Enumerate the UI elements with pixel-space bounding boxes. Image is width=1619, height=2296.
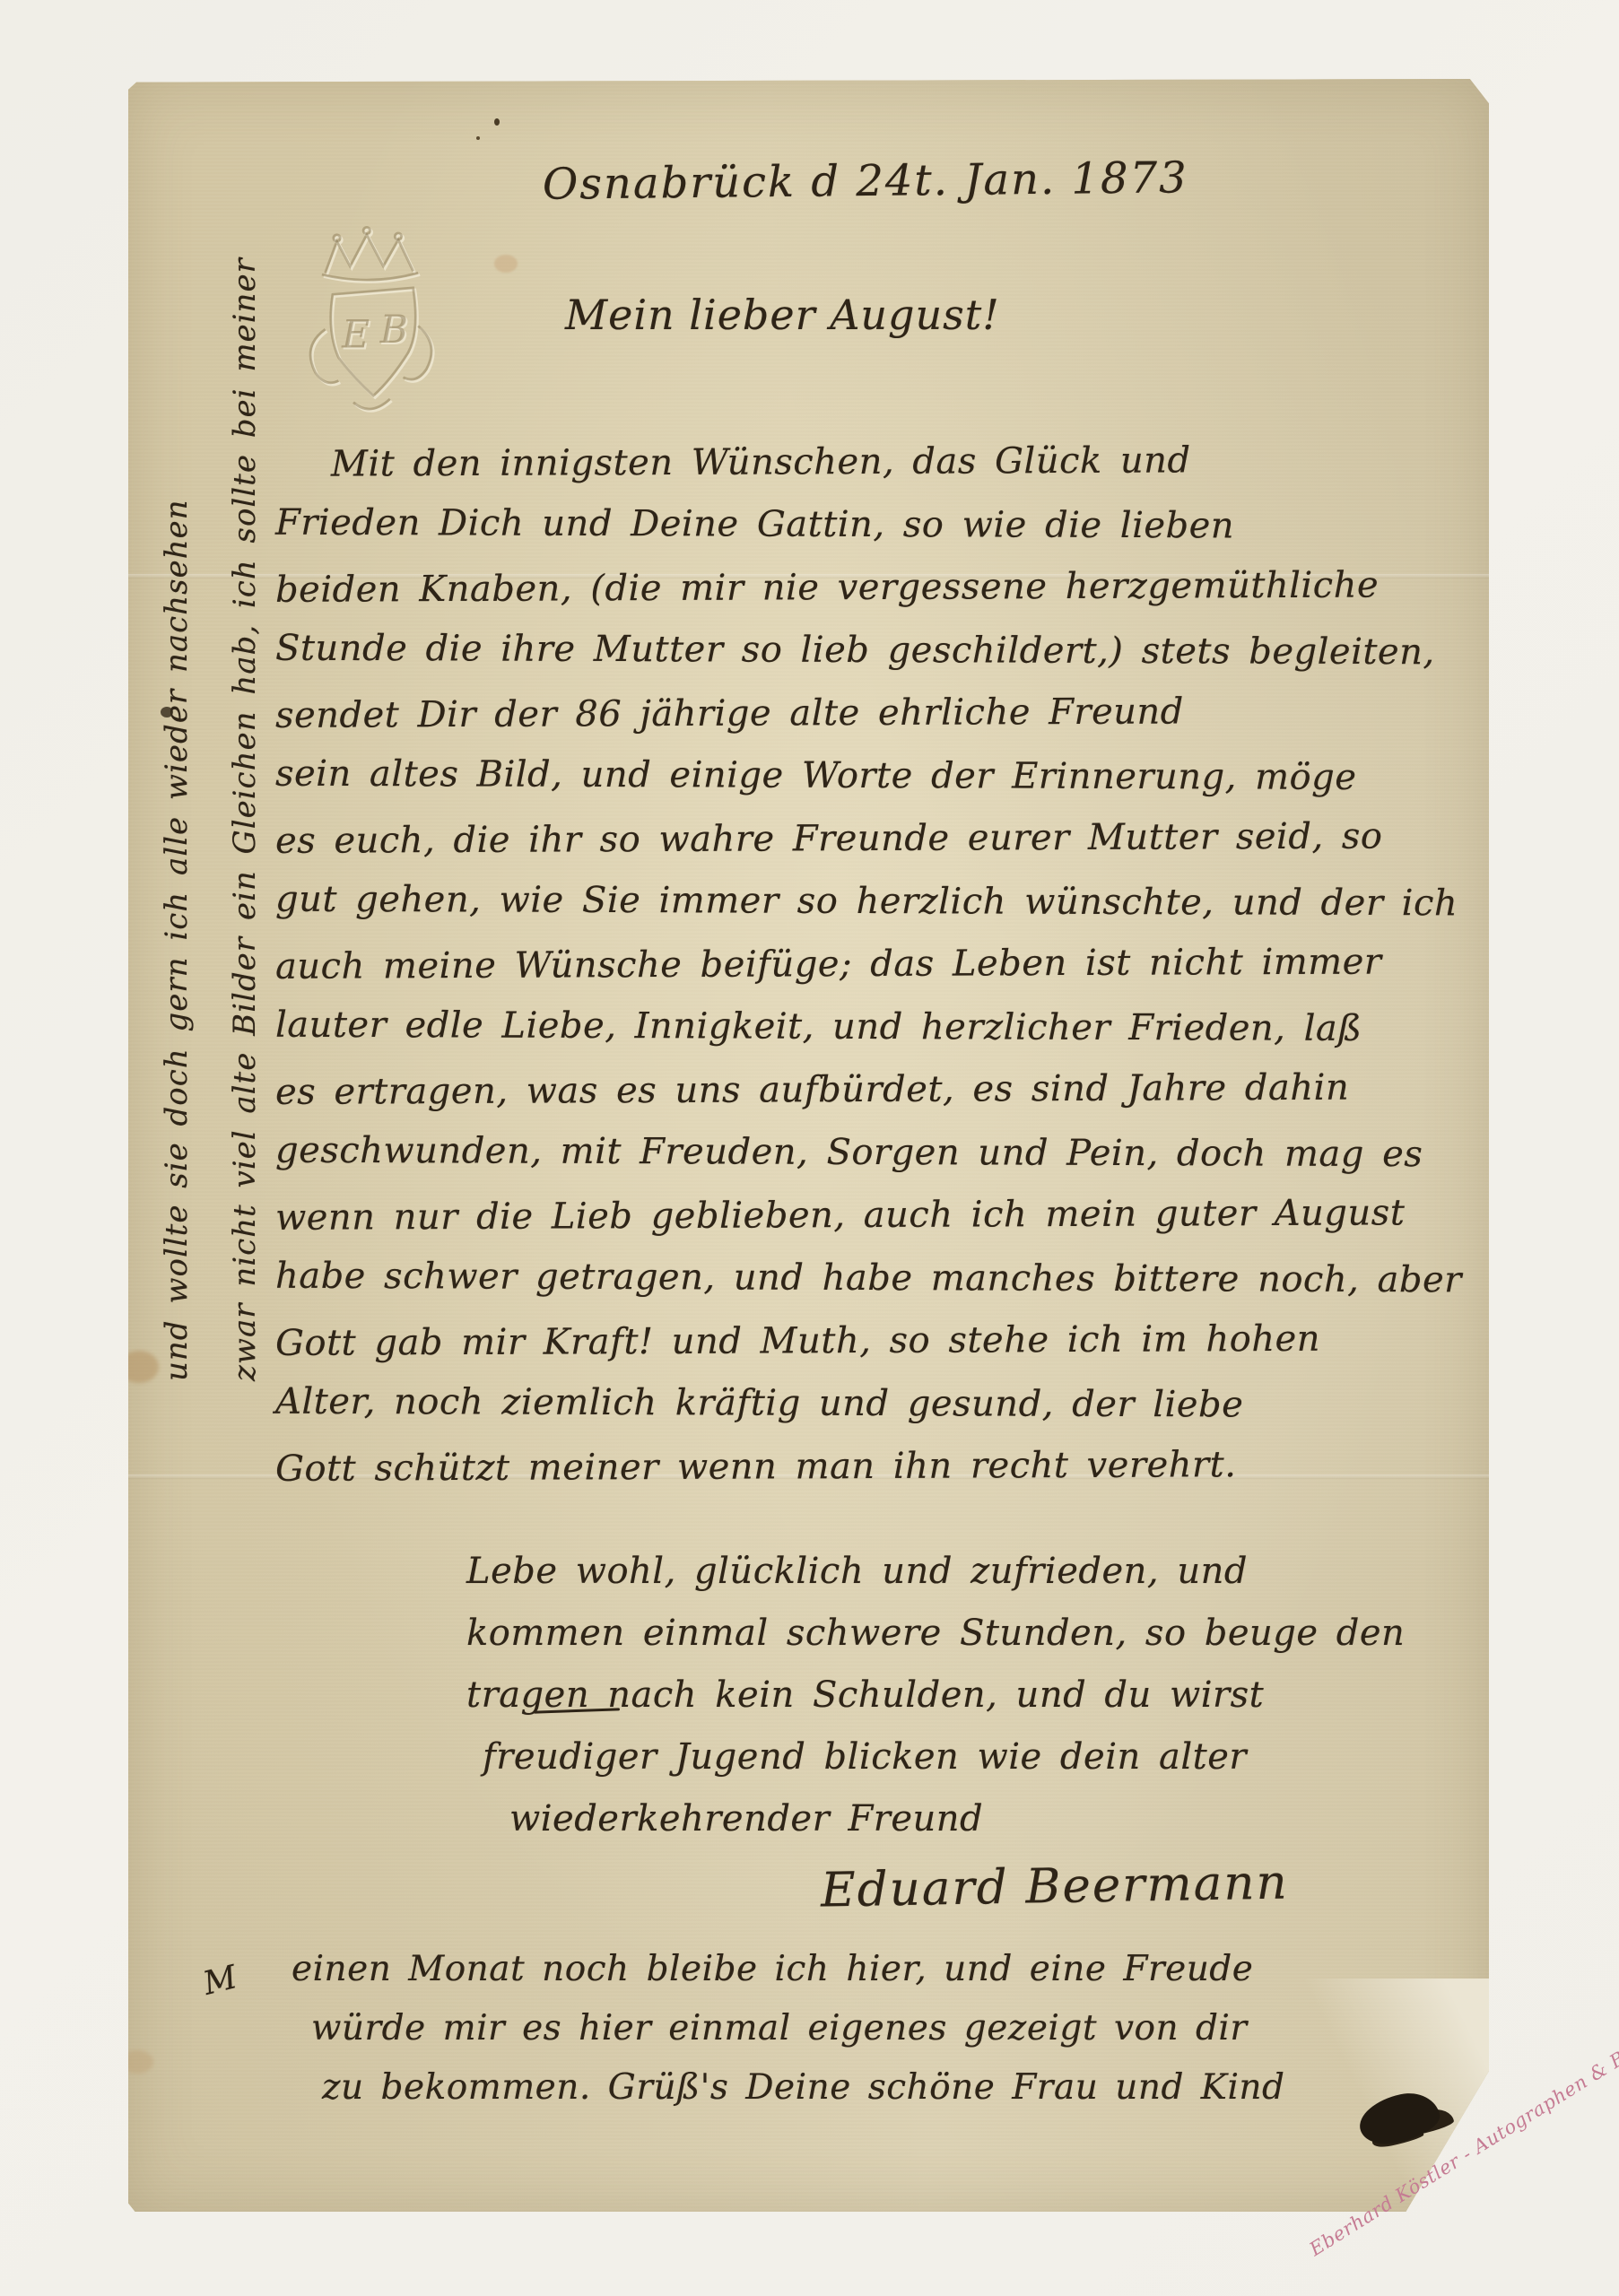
handwriting-line: Gott schützt meiner wenn man ihn recht v… bbox=[275, 1432, 1462, 1500]
handwriting-line: Gott gab mir Kraft! und Muth, so stehe i… bbox=[275, 1307, 1462, 1375]
handwriting-line: zu bekommen. Grüß's Deine schöne Frau un… bbox=[292, 2058, 1285, 2118]
marginal-note: und wollte sie doch gern ich alle wieder… bbox=[143, 489, 279, 1381]
dateline: Osnabrück d 24t. Jan. 1873 bbox=[543, 152, 1188, 210]
scanned-letter-page: { "page_background": "#f2f0ea", "documen… bbox=[0, 0, 1619, 2296]
svg-text:E: E bbox=[341, 314, 370, 358]
handwriting-line: wenn nur die Lieb geblieben, auch ich me… bbox=[275, 1181, 1462, 1249]
body-paragraph-1: Mit den innigsten Wünschen, das Glück un… bbox=[275, 430, 1462, 1498]
salutation: Mein lieber August! bbox=[565, 291, 1000, 339]
handwriting-line: einen Monat noch bleibe ich hier, und ei… bbox=[292, 1940, 1285, 1999]
marginal-note-line: und wollte sie doch gern ich alle wieder… bbox=[143, 489, 211, 1381]
handwriting-line: Alter, noch ziemlich kräftig und gesund,… bbox=[275, 1370, 1462, 1438]
handwriting-line: Lebe wohl, glücklich und zufrieden, und bbox=[466, 1541, 1405, 1603]
handwriting-line: würde mir es hier einmal eigenes gezeigt… bbox=[292, 1999, 1285, 2058]
signature: Eduard Beermann bbox=[821, 1855, 1290, 1918]
ink-speck bbox=[494, 118, 500, 126]
ink-speck bbox=[161, 707, 173, 717]
handwriting-line: Stunde die ihre Mutter so lieb geschilde… bbox=[275, 617, 1462, 684]
handwriting-line: geschwunden, mit Freuden, Sorgen und Pei… bbox=[275, 1119, 1462, 1187]
handwriting-line: auch meine Wünsche beifüge; das Leben is… bbox=[275, 930, 1462, 998]
handwriting-line: lauter edle Liebe, Innigkeit, und herzli… bbox=[275, 994, 1462, 1061]
dog-ear-fold bbox=[1283, 1979, 1489, 2212]
body-paragraph-2: Lebe wohl, glücklich und zufrieden, undk… bbox=[466, 1541, 1405, 1850]
handwriting-line: wiederkehrender Freund bbox=[466, 1788, 1405, 1850]
embossed-crest-icon: E B E B bbox=[287, 204, 453, 424]
handwriting-line: es ertragen, was es uns aufbürdet, es si… bbox=[275, 1056, 1462, 1124]
ink-speck bbox=[476, 136, 480, 140]
marginal-note-line: zwar nicht viel alte Bilder ein Gleichen… bbox=[211, 489, 279, 1381]
stain bbox=[121, 2050, 153, 2074]
handwriting-line: gut gehen, wie Sie immer so herzlich wün… bbox=[275, 868, 1462, 935]
stain bbox=[119, 1351, 159, 1383]
handwriting-line: sein altes Bild, und einige Worte der Er… bbox=[275, 743, 1462, 810]
paper-sheet: E B E B Osnabrück d 24t. Jan. 1873 Mein … bbox=[128, 79, 1489, 2212]
stain bbox=[494, 255, 518, 273]
handwriting-line: es euch, die ihr so wahre Freunde eurer … bbox=[275, 804, 1462, 873]
postscript: einen Monat noch bleibe ich hier, und ei… bbox=[292, 1940, 1285, 2118]
handwriting-line: sendet Dir der 86 jährige alte ehrliche … bbox=[275, 679, 1462, 747]
handwriting-line: Frieden Dich und Deine Gattin, so wie di… bbox=[275, 491, 1462, 559]
handwriting-line: kommen einmal schwere Stunden, so beuge … bbox=[466, 1603, 1405, 1665]
paraph-mark: M bbox=[200, 1959, 241, 2003]
handwriting-line: freudiger Jugend blicken wie dein alter bbox=[466, 1726, 1405, 1788]
handwriting-line: habe schwer getragen, und habe manches b… bbox=[275, 1245, 1462, 1312]
handwriting-line: beiden Knaben, (die mir nie vergessene h… bbox=[275, 553, 1462, 622]
handwriting-line: tragen nach kein Schulden, und du wirst bbox=[466, 1665, 1405, 1726]
handwriting-line: Mit den innigsten Wünschen, das Glück un… bbox=[275, 428, 1462, 496]
svg-text:B: B bbox=[379, 309, 408, 352]
